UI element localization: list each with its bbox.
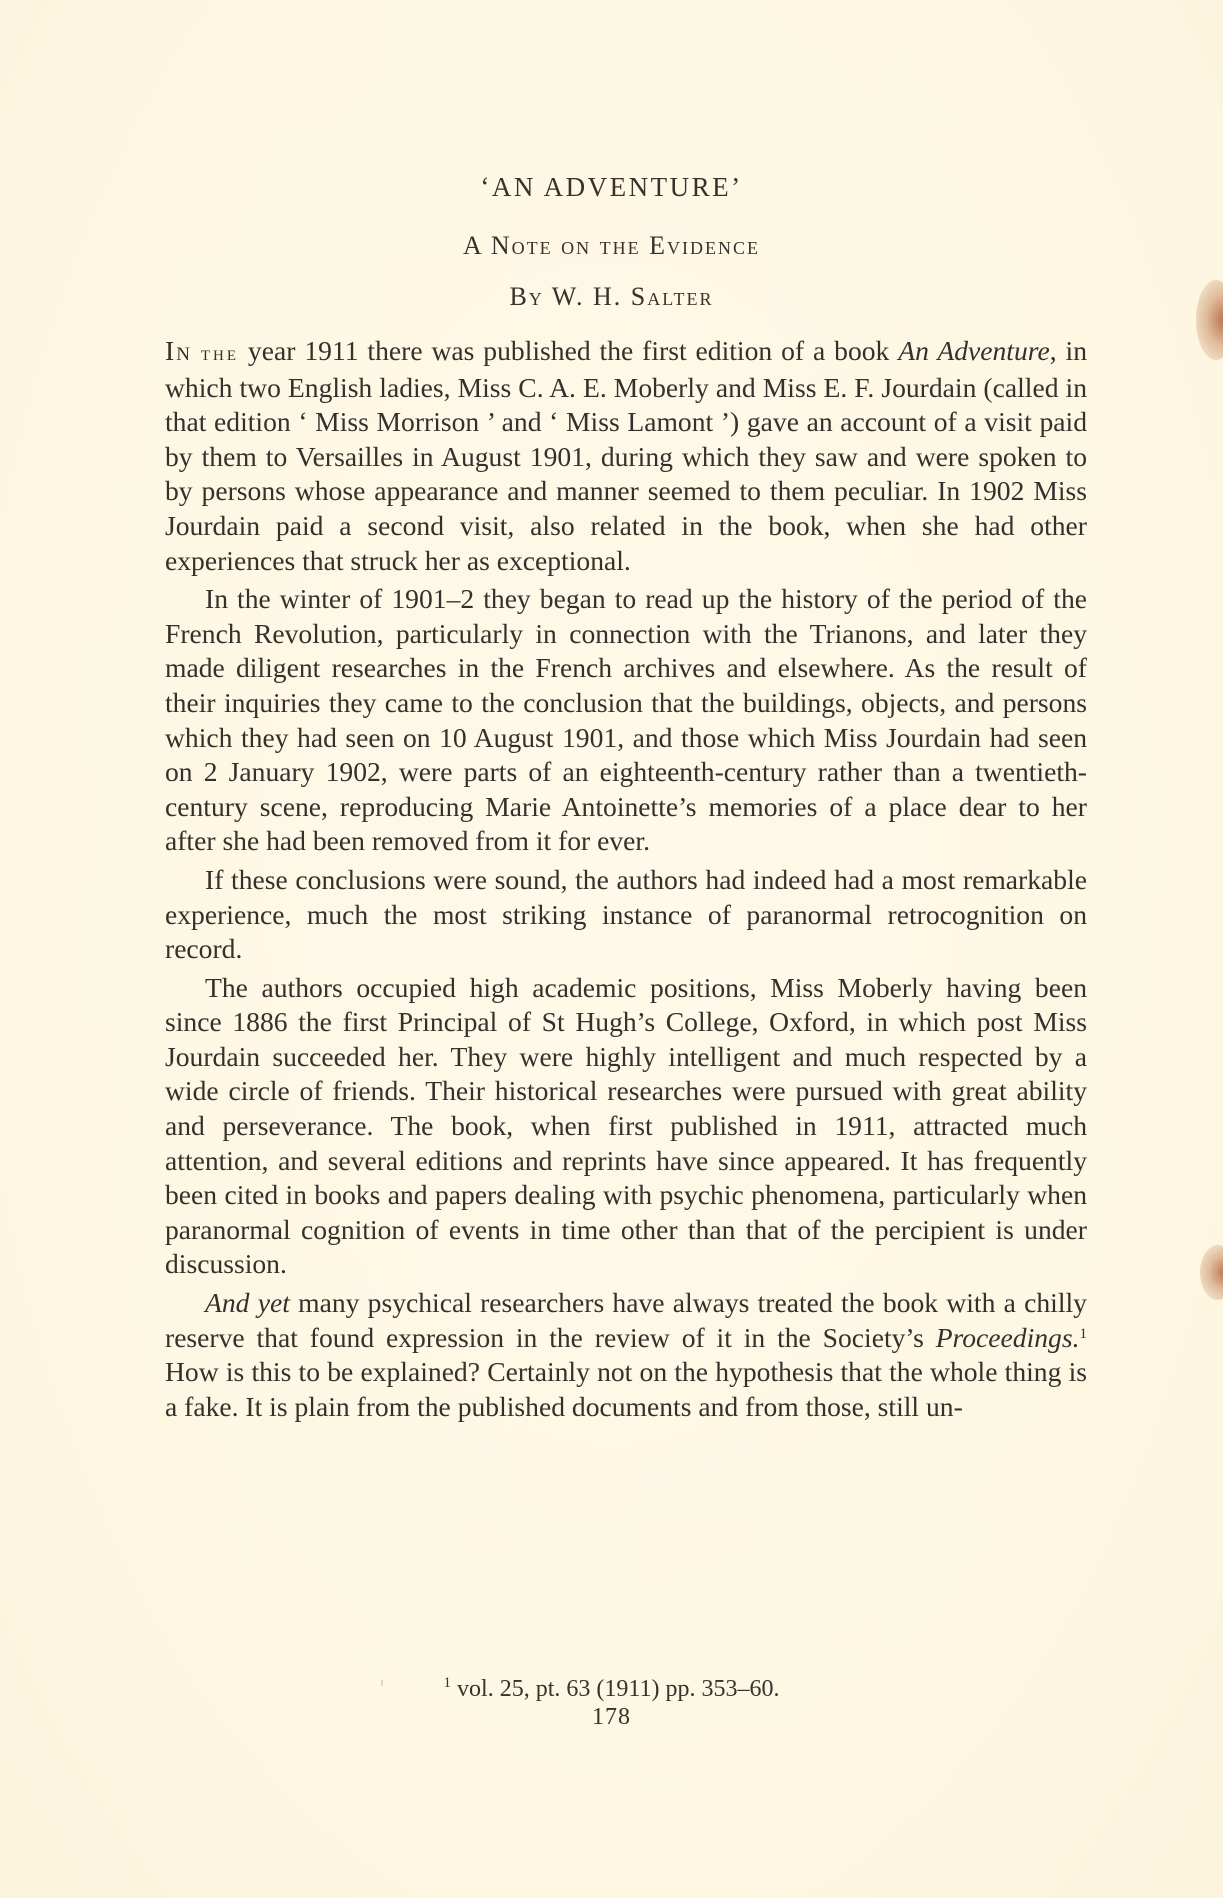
footnote-reference[interactable]: 1	[1080, 1326, 1088, 1342]
article-byline: By W. H. Salter	[0, 282, 1223, 312]
paragraph-1: In the year 1911 there was published the…	[165, 334, 1087, 578]
drop-lead-word: In	[165, 335, 192, 366]
paragraph-2: In the winter of 1901–2 they began to re…	[165, 582, 1087, 859]
drop-lead-small-caps: the	[201, 340, 239, 365]
article-body: In the year 1911 there was published the…	[165, 334, 1087, 1424]
article-title: ‘AN ADVENTURE’	[0, 172, 1223, 203]
paragraph-4: The authors occupied high academic posit…	[165, 971, 1087, 1282]
paragraph-5: And yet many psychical researchers have …	[165, 1286, 1087, 1424]
book-title-italic: An Adventure	[898, 335, 1049, 366]
footnote-marker: 1	[444, 1675, 452, 1691]
page-number: 178	[0, 1704, 1223, 1731]
article-subtitle: A Note on the Evidence	[0, 231, 1223, 261]
paper-stain-middle	[1200, 1245, 1223, 1300]
italic-lead: And yet	[205, 1287, 290, 1318]
footnote: 1 vol. 25, pt. 63 (1911) pp. 353–60.	[0, 1676, 1223, 1703]
book-page: ‘AN ADVENTURE’ A Note on the Evidence By…	[0, 0, 1223, 1898]
paragraph-3: If these conclusions were sound, the aut…	[165, 863, 1087, 967]
proceedings-italic: Proceedings.	[936, 1322, 1080, 1353]
footnote-text: vol. 25, pt. 63 (1911) pp. 353–60.	[451, 1676, 779, 1702]
